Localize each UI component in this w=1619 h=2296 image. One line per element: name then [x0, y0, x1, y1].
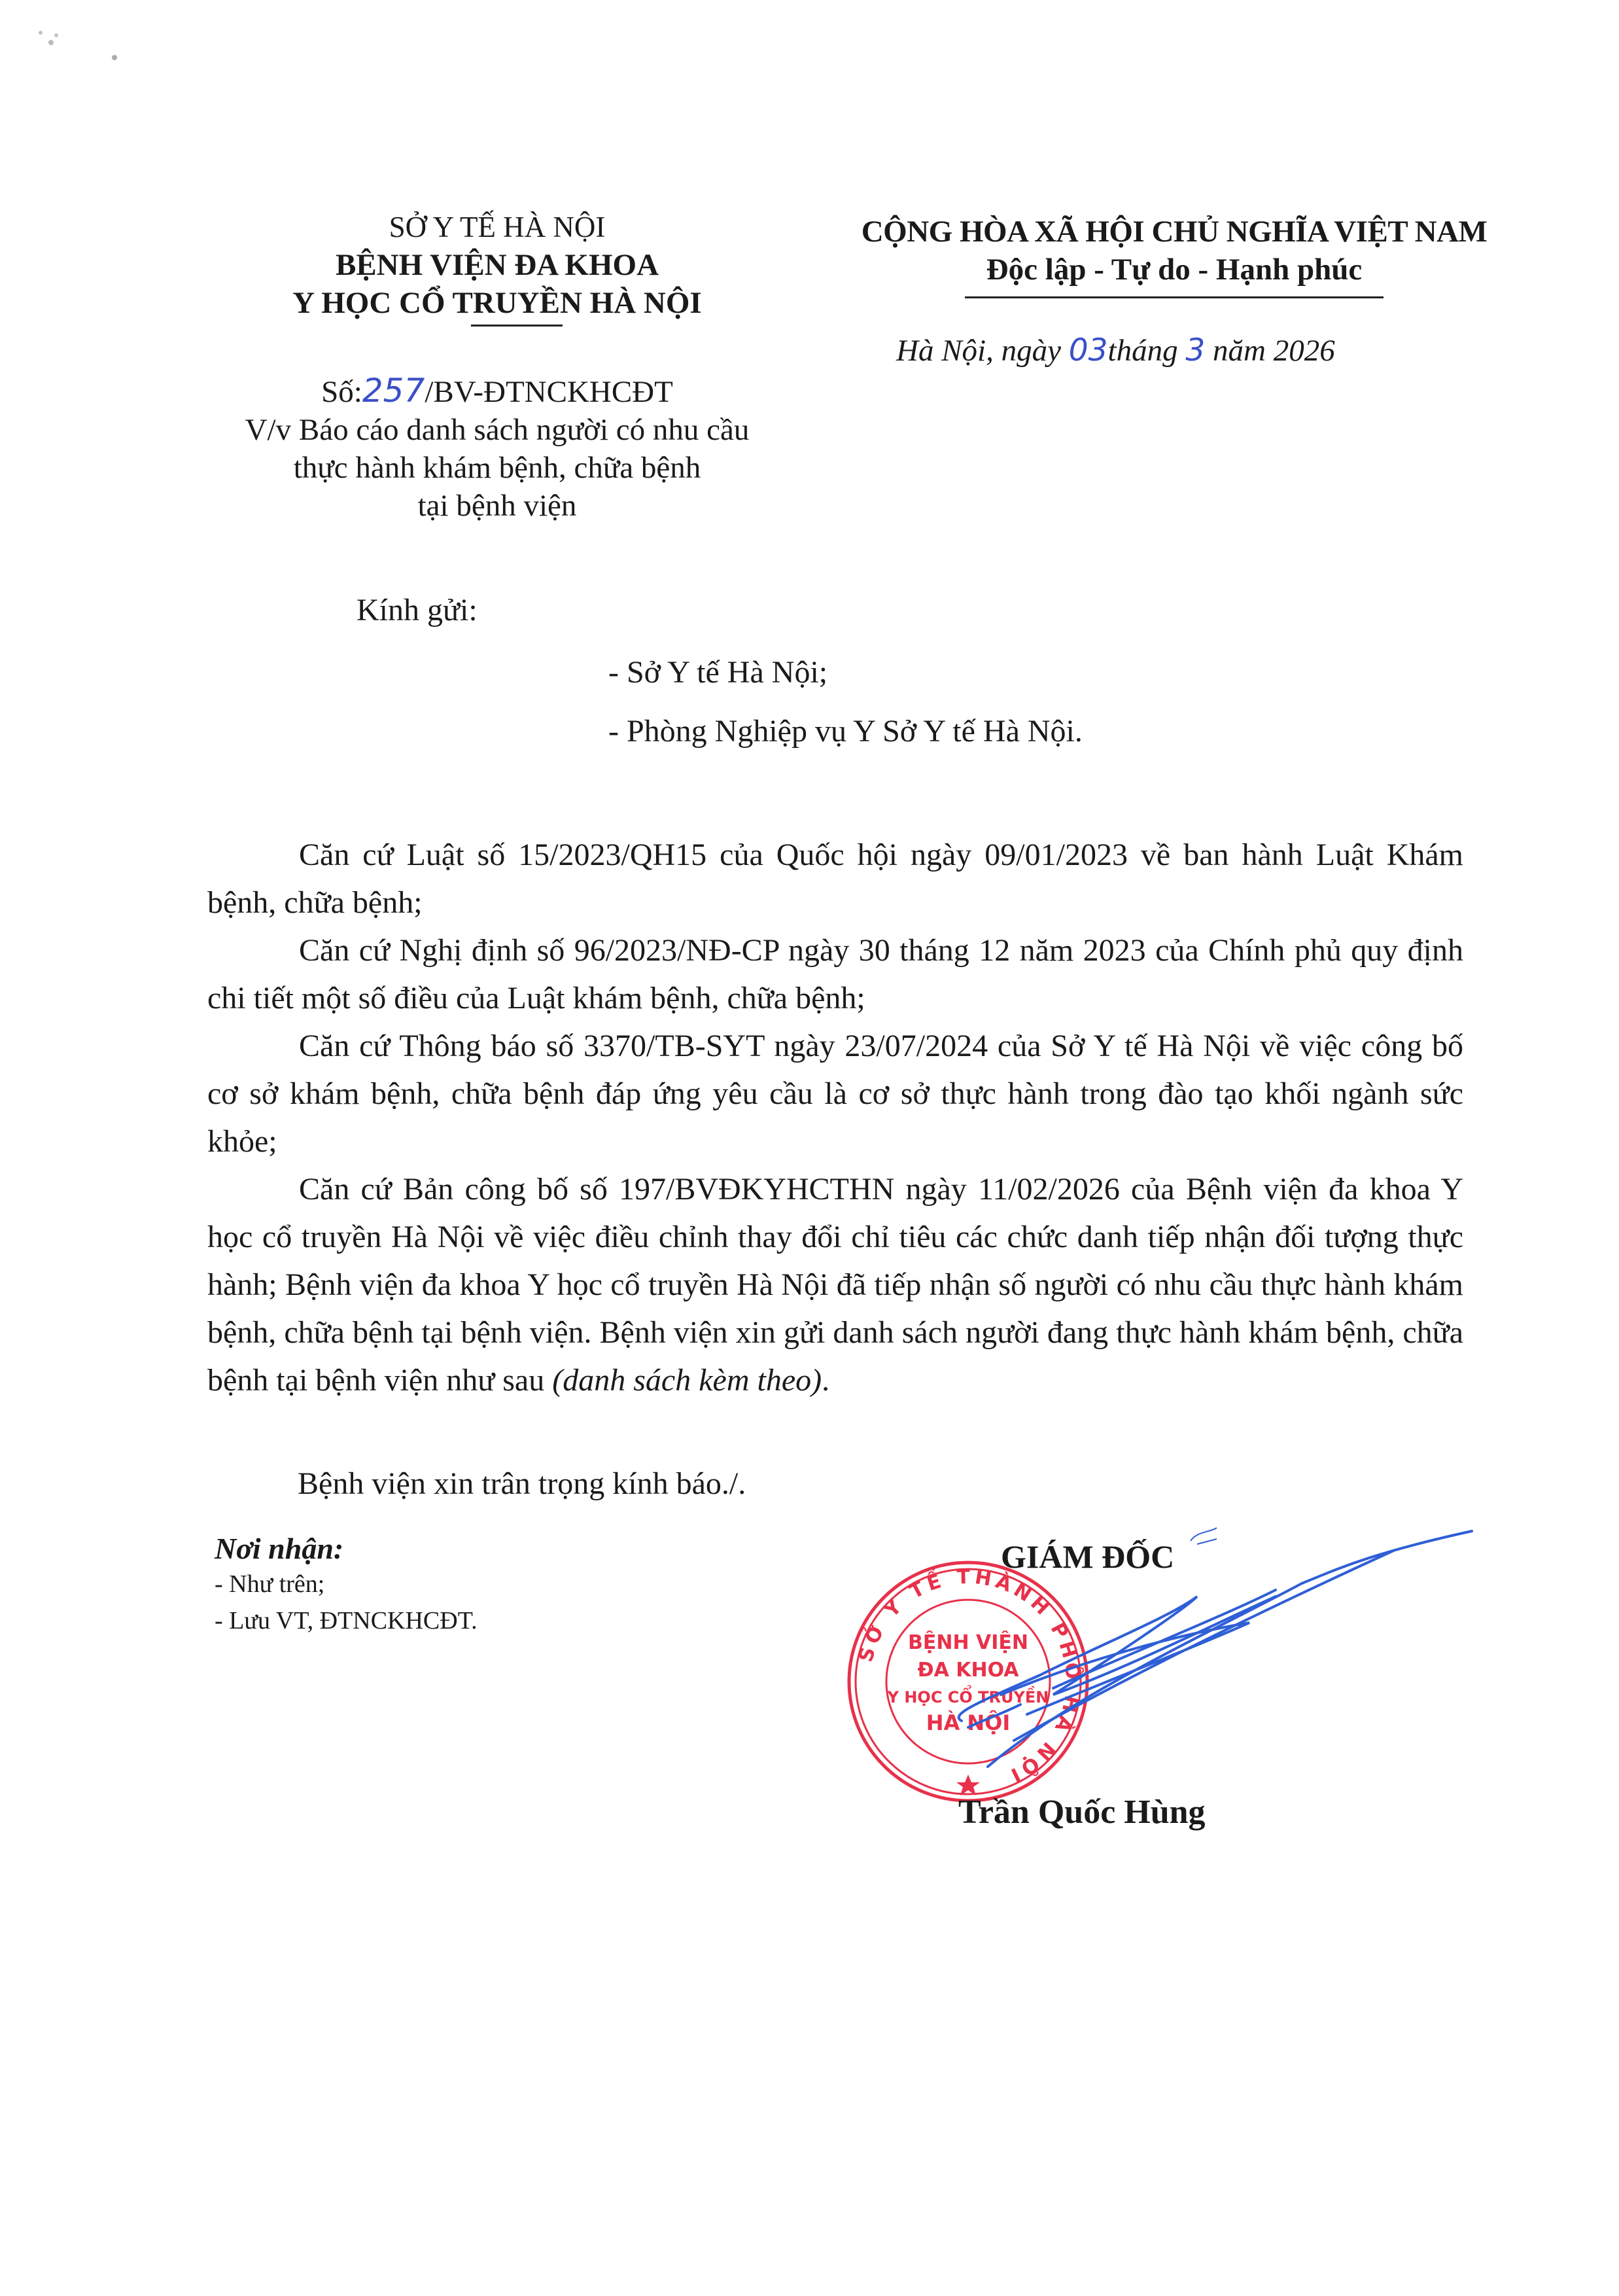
- handwritten-month: 3: [1185, 332, 1205, 368]
- national-header-block: CỘNG HÒA XÃ HỘI CHỦ NGHĨA VIỆT NAM Độc l…: [798, 213, 1550, 298]
- recipient: - Phòng Nghiệp vụ Y Sở Y tế Hà Nội.: [608, 713, 1083, 749]
- organization-line2: Y HỌC CỔ TRUYỀN HÀ NỘI: [216, 284, 778, 322]
- subject-line: thực hành khám bệnh, chữa bệnh: [216, 449, 778, 487]
- distribution-title: Nơi nhận:: [215, 1531, 478, 1566]
- recipient: - Sở Y tế Hà Nội;: [608, 654, 827, 690]
- motto-underline: [965, 296, 1384, 298]
- distribution-item: - Lưu VT, ĐTNCKHCĐT.: [215, 1602, 478, 1639]
- body-paragraph: Căn cứ Bản công bố số 197/BVĐKYHCTHN ngà…: [207, 1165, 1463, 1404]
- national-motto: Độc lập - Tự do - Hạnh phúc: [798, 251, 1550, 289]
- document-number: Số:257/BV-ĐTNCKHCĐT: [216, 372, 778, 411]
- department-name: SỞ Y TẾ HÀ NỘI: [216, 208, 778, 246]
- dateline-month-label: tháng: [1108, 334, 1186, 368]
- subject-line: V/v Báo cáo danh sách người có nhu cầu: [216, 411, 778, 449]
- organization-line1: BỆNH VIỆN ĐA KHOA: [216, 246, 778, 284]
- body-paragraph: Căn cứ Thông báo số 3370/TB-SYT ngày 23/…: [207, 1022, 1463, 1165]
- dateline-prefix: Hà Nội, ngày: [896, 334, 1069, 368]
- divider-rule: [471, 325, 563, 327]
- letter-body: Căn cứ Luật số 15/2023/QH15 của Quốc hội…: [207, 831, 1463, 1404]
- handwritten-signature-icon: [909, 1525, 1498, 1799]
- body-paragraph: Căn cứ Luật số 15/2023/QH15 của Quốc hội…: [207, 831, 1463, 927]
- scan-artifact: [33, 26, 164, 79]
- signatory-name: Trần Quốc Hùng: [958, 1793, 1206, 1831]
- distribution-item: - Như trên;: [215, 1566, 478, 1602]
- distribution-list: Nơi nhận: - Như trên; - Lưu VT, ĐTNCKHCĐ…: [215, 1531, 478, 1639]
- subject-line: tại bệnh viện: [216, 487, 778, 525]
- attachment-note: (danh sách kèm theo): [552, 1363, 822, 1398]
- dateline: Hà Nội, ngày 03tháng 3 năm 2026: [896, 332, 1335, 368]
- document-reference: Số:257/BV-ĐTNCKHCĐT V/v Báo cáo danh sác…: [216, 372, 778, 525]
- closing-line: Bệnh viện xin trân trọng kính báo./.: [298, 1466, 746, 1502]
- nation-title: CỘNG HÒA XÃ HỘI CHỦ NGHĨA VIỆT NAM: [798, 213, 1550, 251]
- salutation: Kính gửi:: [357, 592, 478, 628]
- dateline-year: năm 2026: [1205, 334, 1334, 368]
- body-paragraph: Căn cứ Nghị định số 96/2023/NĐ-CP ngày 3…: [207, 927, 1463, 1022]
- issuing-authority-block: SỞ Y TẾ HÀ NỘI BỆNH VIỆN ĐA KHOA Y HỌC C…: [216, 208, 778, 327]
- handwritten-day: 03: [1069, 332, 1108, 368]
- handwritten-number: 257: [362, 372, 425, 410]
